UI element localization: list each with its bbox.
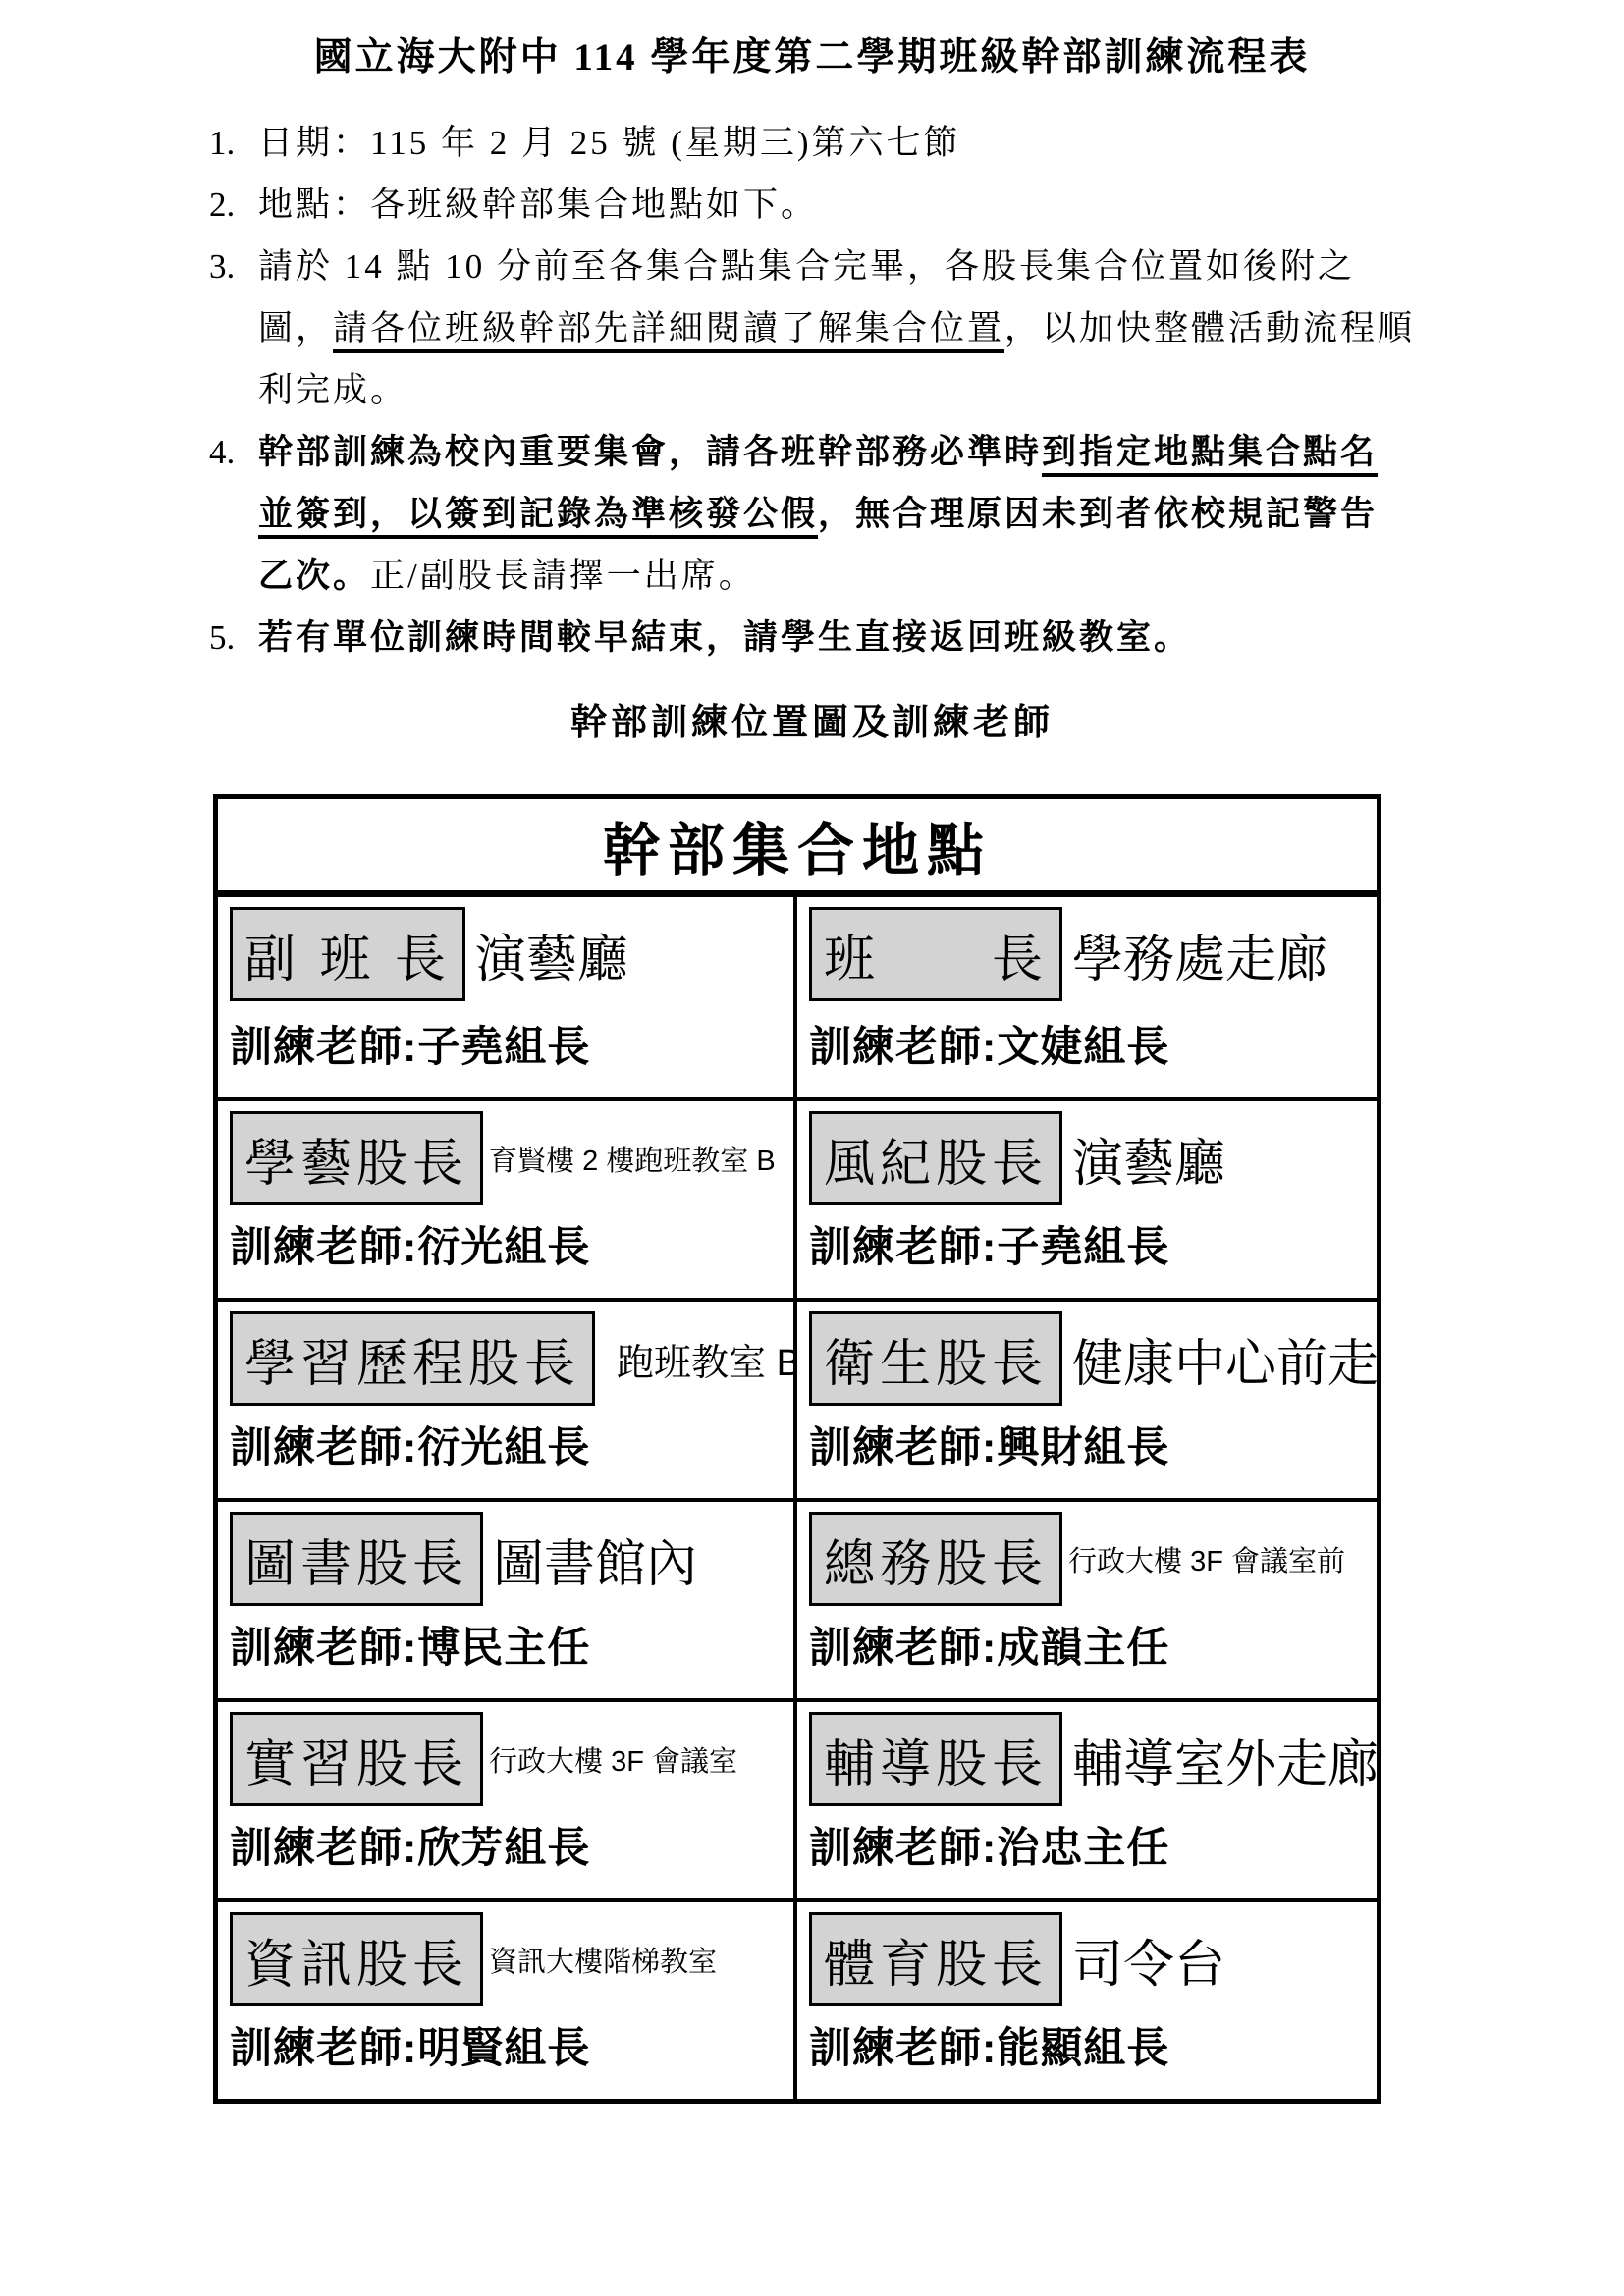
document-title: 國立海大附中 114 學年度第二學期班級幹部訓練流程表 xyxy=(0,29,1624,86)
location-label: 司令台 xyxy=(1072,1923,1225,1997)
location-label: 行政大樓 3F 會議室 xyxy=(489,1739,737,1780)
role-badge: 實習股長 xyxy=(230,1712,483,1806)
role-badge: 圖書股長 xyxy=(230,1512,483,1606)
location-label: 輔導室外走廊 xyxy=(1072,1723,1377,1796)
note-text: 若有單位訓練時間較早結束，請學生直接返回班級教室。 xyxy=(258,607,1432,668)
cadre-cell: 輔導股長 輔導室外走廊 訓練老師:治忠主任 xyxy=(797,1698,1377,1898)
location-label: 資訊大樓階梯教室 xyxy=(489,1940,717,1980)
role-badge: 班 長 xyxy=(809,907,1062,1001)
location-label: 育賢樓 2 樓跑班教室 B xyxy=(489,1139,776,1179)
note-text: 地點：各班級幹部集合地點如下。 xyxy=(258,174,1432,236)
role-badge: 學藝股長 xyxy=(230,1111,483,1205)
document-page: 國立海大附中 114 學年度第二學期班級幹部訓練流程表 1. 日期：115 年 … xyxy=(0,0,1624,2296)
role-badge: 學習歷程股長 xyxy=(230,1311,595,1406)
trainer-label: 訓練老師:衍光組長 xyxy=(230,1415,784,1474)
trainer-label: 訓練老師:文婕組長 xyxy=(809,1014,1367,1074)
cadre-cell: 學習歷程股長 跑班教室 B 訓練老師:衍光組長 xyxy=(218,1298,797,1498)
location-label: 學務處走廊 xyxy=(1072,918,1327,991)
role-badge: 體育股長 xyxy=(809,1912,1062,2006)
trainer-label: 訓練老師:子堯組長 xyxy=(230,1014,784,1074)
role-badge: 資訊股長 xyxy=(230,1912,483,2006)
trainer-label: 訓練老師:子堯組長 xyxy=(809,1214,1367,1274)
trainer-label: 訓練老師:成韻主任 xyxy=(809,1615,1367,1675)
location-label: 跑班教室 B xyxy=(617,1332,797,1386)
cadre-cell: 副 班 長 演藝廳 訓練老師:子堯組長 xyxy=(218,897,797,1097)
trainer-label: 訓練老師:博民主任 xyxy=(230,1615,784,1675)
cadre-cell: 學藝股長 育賢樓 2 樓跑班教室 B 訓練老師:衍光組長 xyxy=(218,1097,797,1298)
cadre-cell: 實習股長 行政大樓 3F 會議室 訓練老師:欣芳組長 xyxy=(218,1698,797,1898)
trainer-label: 訓練老師:明賢組長 xyxy=(230,2015,784,2075)
cadre-cell: 衛生股長 健康中心前走廊 訓練老師:興財組長 xyxy=(797,1298,1377,1498)
trainer-label: 訓練老師:衍光組長 xyxy=(230,1214,784,1274)
trainer-label: 訓練老師:能顯組長 xyxy=(809,2015,1367,2075)
note-text: 日期：115 年 2 月 25 號 (星期三)第六七節 xyxy=(258,112,1432,174)
role-badge: 風紀股長 xyxy=(809,1111,1062,1205)
location-label: 健康中心前走廊 xyxy=(1072,1322,1377,1396)
note-item: 3. 請於 14 點 10 分前至各集合點集合完畢，各股長集合位置如後附之圖，請… xyxy=(209,236,1432,421)
note-item: 4. 幹部訓練為校內重要集會，請各班幹部務必準時到指定地點集合點名並簽到，以簽到… xyxy=(209,421,1432,607)
note-number: 3. xyxy=(209,236,258,421)
note-item: 2. 地點：各班級幹部集合地點如下。 xyxy=(209,174,1432,236)
assembly-location-table: 幹部集合地點 副 班 長 演藝廳 訓練老師:子堯組長 班 長 學務處走廊 訓練老… xyxy=(213,794,1381,2104)
trainer-label: 訓練老師:治忠主任 xyxy=(809,1815,1367,1875)
table-header: 幹部集合地點 xyxy=(218,799,1377,897)
section-subtitle: 幹部訓練位置圖及訓練老師 xyxy=(0,698,1624,749)
note-item: 5. 若有單位訓練時間較早結束，請學生直接返回班級教室。 xyxy=(209,607,1432,668)
role-badge: 輔導股長 xyxy=(809,1712,1062,1806)
trainer-label: 訓練老師:欣芳組長 xyxy=(230,1815,784,1875)
note-item: 1. 日期：115 年 2 月 25 號 (星期三)第六七節 xyxy=(209,112,1432,174)
role-badge: 衛生股長 xyxy=(809,1311,1062,1406)
notes-list: 1. 日期：115 年 2 月 25 號 (星期三)第六七節 2. 地點：各班級… xyxy=(209,112,1432,668)
role-badge: 副 班 長 xyxy=(230,907,465,1001)
note-text: 請於 14 點 10 分前至各集合點集合完畢，各股長集合位置如後附之圖，請各位班… xyxy=(258,236,1432,421)
cadre-cell: 圖書股長 圖書館內 訓練老師:博民主任 xyxy=(218,1498,797,1698)
cadre-cell: 總務股長 行政大樓 3F 會議室前 訓練老師:成韻主任 xyxy=(797,1498,1377,1698)
location-label: 圖書館內 xyxy=(493,1522,697,1596)
cadre-cell: 風紀股長 演藝廳 訓練老師:子堯組長 xyxy=(797,1097,1377,1298)
cadre-cell: 體育股長 司令台 訓練老師:能顯組長 xyxy=(797,1898,1377,2099)
note-number: 5. xyxy=(209,607,258,668)
location-label: 演藝廳 xyxy=(475,918,628,991)
cadre-cell: 班 長 學務處走廊 訓練老師:文婕組長 xyxy=(797,897,1377,1097)
cadre-cell: 資訊股長 資訊大樓階梯教室 訓練老師:明賢組長 xyxy=(218,1898,797,2099)
role-badge: 總務股長 xyxy=(809,1512,1062,1606)
location-label: 行政大樓 3F 會議室前 xyxy=(1068,1539,1345,1579)
note-number: 2. xyxy=(209,174,258,236)
note-number: 4. xyxy=(209,421,258,607)
location-label: 演藝廳 xyxy=(1072,1122,1225,1196)
trainer-label: 訓練老師:興財組長 xyxy=(809,1415,1367,1474)
note-number: 1. xyxy=(209,112,258,174)
note-text: 幹部訓練為校內重要集會，請各班幹部務必準時到指定地點集合點名並簽到，以簽到記錄為… xyxy=(258,421,1432,607)
